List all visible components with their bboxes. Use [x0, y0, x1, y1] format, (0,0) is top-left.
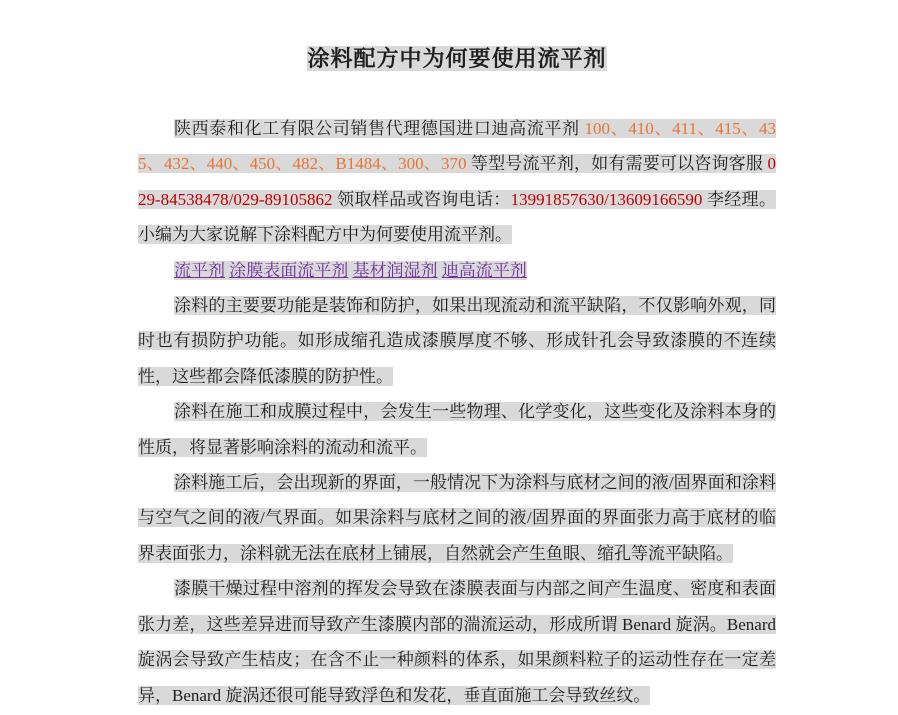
body-paragraph-4: 漆膜干燥过程中溶剂的挥发会导致在漆膜表面与内部之间产生温度、密度和表面张力差，这… [138, 571, 776, 713]
link-substrate-wetting-agent[interactable]: 基材润湿剂 [353, 261, 438, 280]
link-tego-leveling-agent[interactable]: 迪高流平剂 [442, 261, 527, 280]
body-paragraph-1: 涂料的主要要功能是装饰和防护，如果出现流动和流平缺陷，不仅影响外观，同时也有损防… [138, 288, 776, 394]
page-title-text: 涂料配方中为何要使用流平剂 [307, 46, 606, 71]
tag-links-row: 流平剂 涂膜表面流平剂 基材润湿剂 迪高流平剂 [138, 253, 776, 288]
mobile-phone-numbers: 13991857630/13609166590 [511, 190, 703, 209]
body-paragraph-4-text: 漆膜干燥过程中溶剂的挥发会导致在漆膜表面与内部之间产生温度、密度和表面张力差，这… [138, 579, 776, 704]
link-leveling-agent[interactable]: 流平剂 [174, 261, 225, 280]
body-paragraph-2-text: 涂料在施工和成膜过程中，会发生一些物理、化学变化，这些变化及涂料本身的性质，将显… [138, 402, 776, 456]
intro-paragraph: 陕西泰和化工有限公司销售代理德国进口迪高流平剂 100、410、411、415、… [138, 111, 776, 253]
body-paragraph-3: 涂料施工后，会出现新的界面，一般情况下为涂料与底材之间的液/固界面和涂料与空气之… [138, 465, 776, 571]
link-film-surface-leveling-agent[interactable]: 涂膜表面流平剂 [229, 261, 348, 280]
page-title: 涂料配方中为何要使用流平剂 [138, 42, 776, 75]
document-page: 涂料配方中为何要使用流平剂 陕西泰和化工有限公司销售代理德国进口迪高流平剂 10… [138, 42, 776, 713]
intro-mid-text-1: 等型号流平剂，如有需要可以咨询客服 [466, 154, 767, 173]
body-paragraph-1-text: 涂料的主要要功能是装饰和防护，如果出现流动和流平缺陷，不仅影响外观，同时也有损防… [138, 296, 776, 386]
body-paragraph-2: 涂料在施工和成膜过程中，会发生一些物理、化学变化，这些变化及涂料本身的性质，将显… [138, 394, 776, 465]
intro-mid-text-2: 领取样品或咨询电话： [333, 190, 511, 209]
document-canvas: { "title": "涂料配方中为何要使用流平剂", "intro": { "… [0, 0, 898, 715]
body-paragraph-3-text: 涂料施工后，会出现新的界面，一般情况下为涂料与底材之间的液/固界面和涂料与空气之… [138, 473, 776, 563]
intro-lead-text: 陕西泰和化工有限公司销售代理德国进口迪高流平剂 [174, 119, 585, 138]
